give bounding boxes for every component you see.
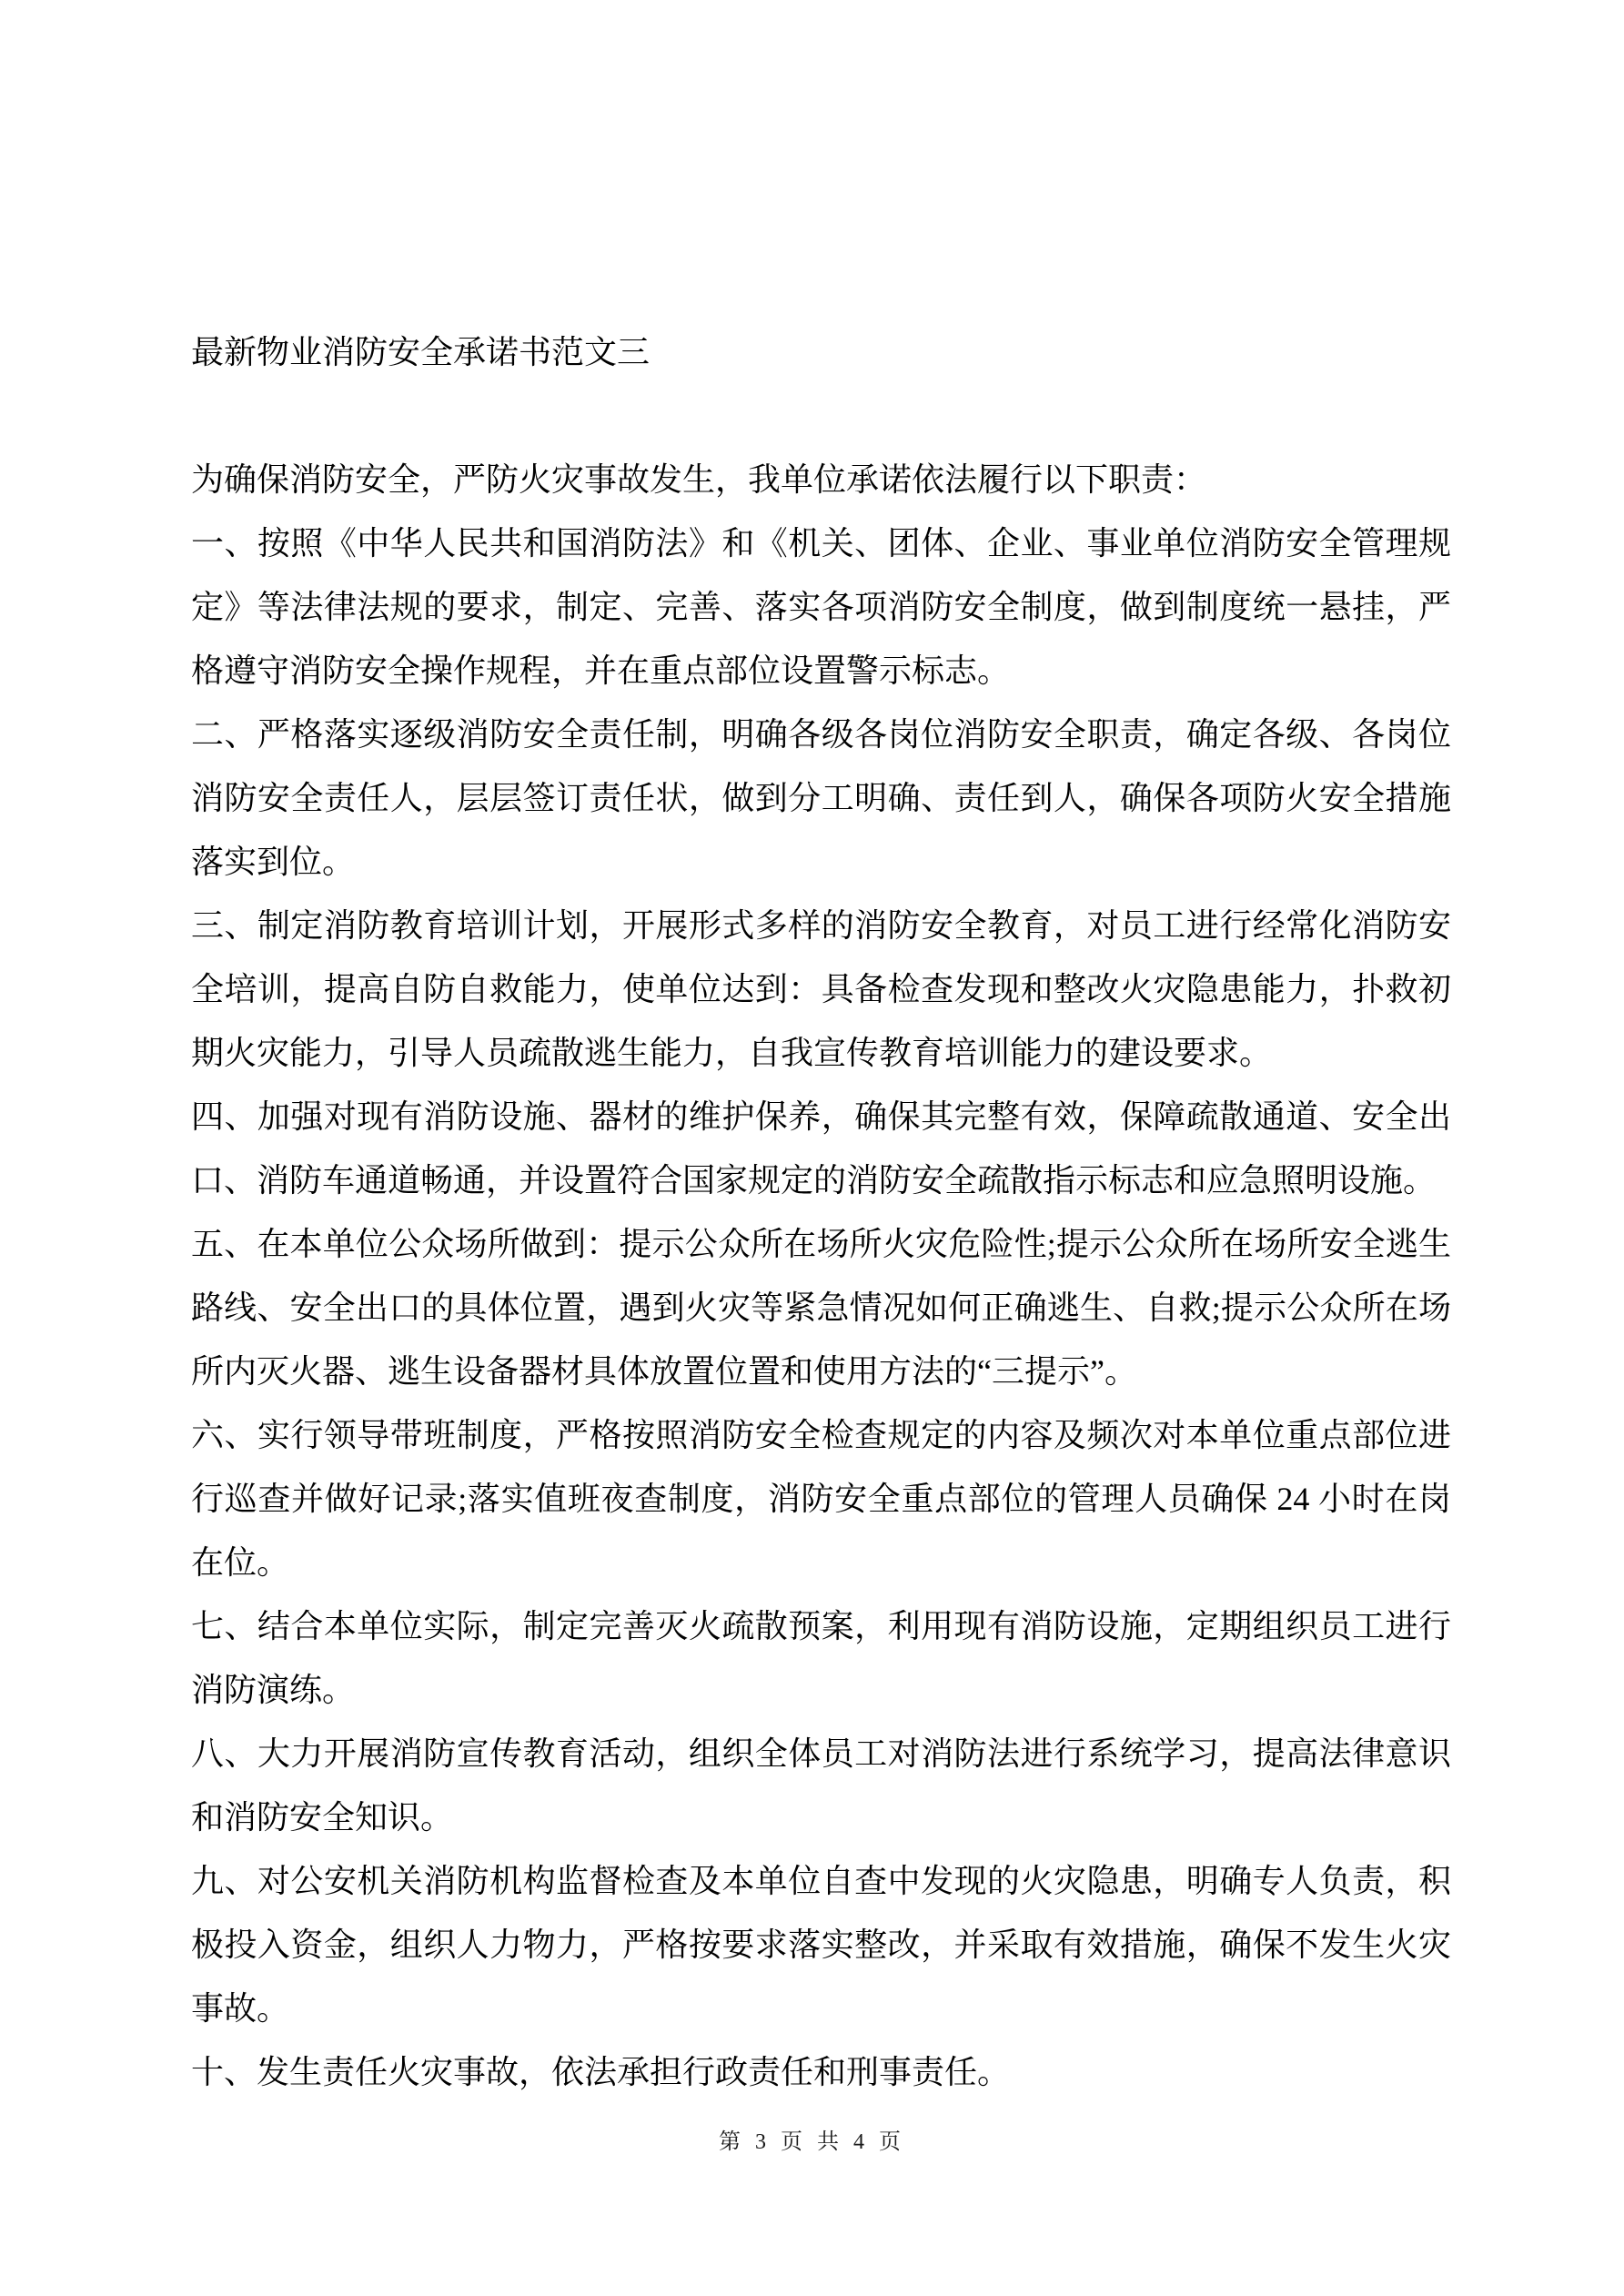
document-body: 最新物业消防安全承诺书范文三 为确保消防安全，严防火灾事故发生，我单位承诺依法履… xyxy=(191,320,1451,2104)
item-2-paragraph: 二、严格落实逐级消防安全责任制，明确各级各岗位消防安全职责，确定各级、各岗位消防… xyxy=(191,703,1451,894)
page-number-footer: 第 3 页 共 4 页 xyxy=(0,2126,1624,2159)
item-9-paragraph: 九、对公安机关消防机构监督检查及本单位自查中发现的火灾隐患，明确专人负责，积极投… xyxy=(191,1849,1451,2040)
document-page: 最新物业消防安全承诺书范文三 为确保消防安全，严防火灾事故发生，我单位承诺依法履… xyxy=(0,0,1624,2296)
item-7-paragraph: 七、结合本单位实际，制定完善灭火疏散预案，利用现有消防设施，定期组织员工进行消防… xyxy=(191,1594,1451,1722)
item-5-paragraph: 五、在本单位公众场所做到：提示公众所在场所火灾危险性;提示公众所在场所安全逃生路… xyxy=(191,1212,1451,1403)
item-4-paragraph: 四、加强对现有消防设施、器材的维护保养，确保其完整有效，保障疏散通道、安全出口、… xyxy=(191,1085,1451,1212)
intro-paragraph: 为确保消防安全，严防火灾事故发生，我单位承诺依法履行以下职责： xyxy=(191,448,1451,511)
item-6-paragraph: 六、实行领导带班制度，严格按照消防安全检查规定的内容及频次对本单位重点部位进行巡… xyxy=(191,1403,1451,1594)
item-3-paragraph: 三、制定消防教育培训计划，开展形式多样的消防安全教育，对员工进行经常化消防安全培… xyxy=(191,894,1451,1085)
item-10-paragraph: 十、发生责任火灾事故，依法承担行政责任和刑事责任。 xyxy=(191,2040,1451,2104)
document-title: 最新物业消防安全承诺书范文三 xyxy=(191,320,1451,384)
item-1-paragraph: 一、按照《中华人民共和国消防法》和《机关、团体、企业、事业单位消防安全管理规定》… xyxy=(191,511,1451,703)
item-8-paragraph: 八、大力开展消防宣传教育活动，组织全体员工对消防法进行系统学习，提高法律意识和消… xyxy=(191,1722,1451,1849)
